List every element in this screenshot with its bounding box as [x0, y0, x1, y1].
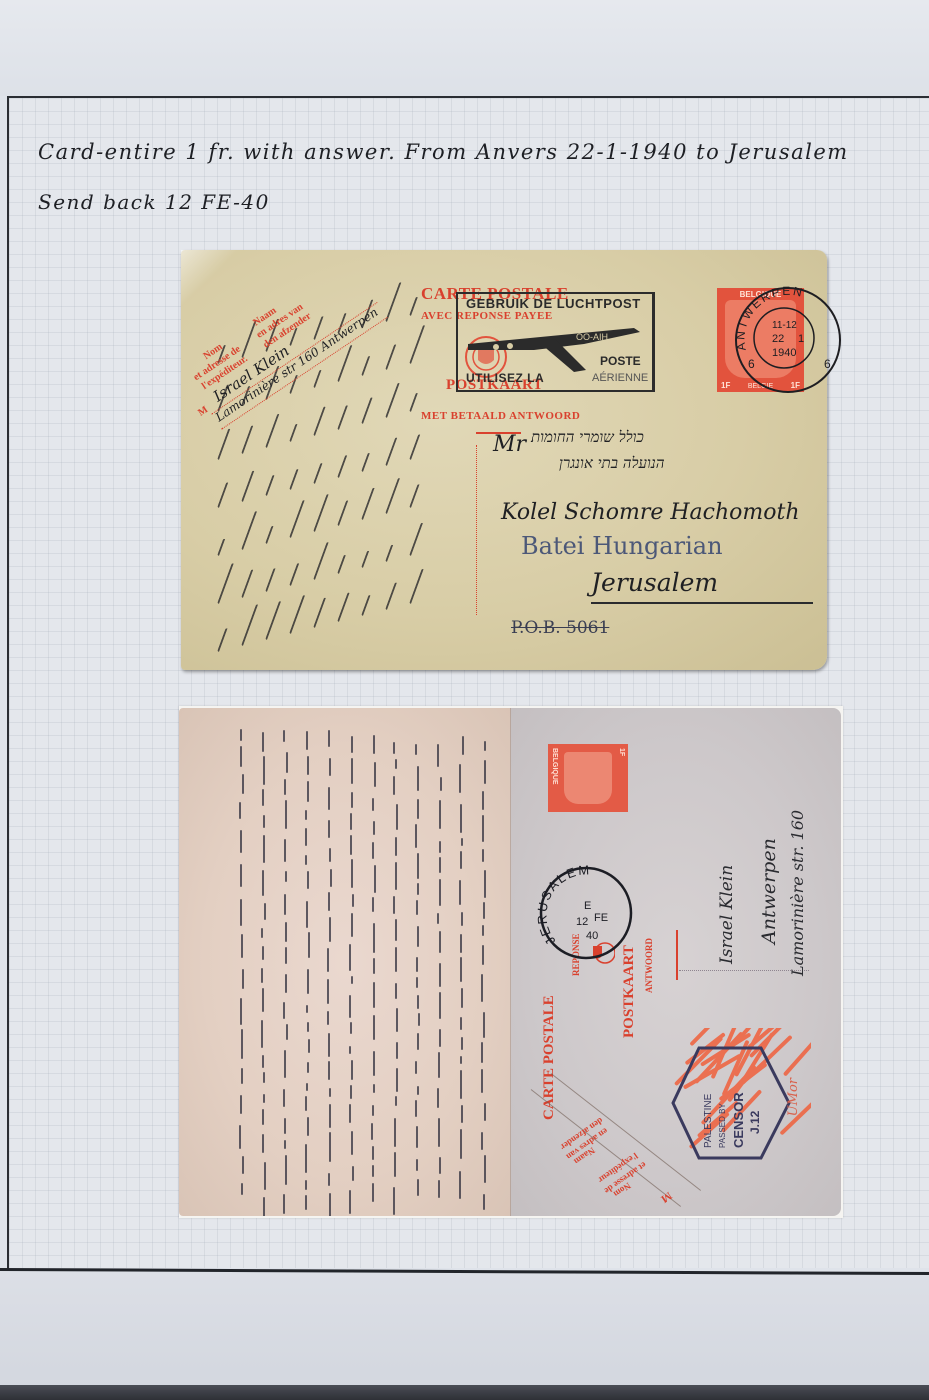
handwriting-stroke — [262, 870, 264, 896]
handwriting-stroke — [289, 423, 299, 442]
svg-text:PALESTINE: PALESTINE — [703, 1093, 714, 1148]
handwriting-stroke — [240, 746, 242, 767]
handwriting-stroke — [305, 810, 307, 820]
album-caption-line-1: Card-entire 1 fr. with answer. From Anve… — [38, 140, 849, 164]
handwriting-stroke — [373, 1084, 375, 1093]
handwriting-stroke — [409, 523, 425, 557]
handwriting-stroke — [241, 1068, 243, 1085]
handwriting-stroke — [352, 1166, 354, 1181]
handwriting-stroke — [262, 1109, 264, 1125]
handwriting-stroke — [372, 897, 374, 912]
handwriting-stroke — [417, 1033, 419, 1050]
handwriting-stroke — [373, 821, 375, 836]
handwriting-stroke — [241, 604, 260, 646]
handwriting-stroke — [481, 1069, 483, 1092]
handwriting-stroke — [396, 1008, 398, 1033]
handwriting-stroke — [415, 744, 417, 755]
handwriting-stroke — [416, 900, 418, 915]
handwriting-stroke — [439, 857, 441, 873]
handwriting-stroke — [283, 1002, 285, 1018]
handwriting-stroke — [460, 957, 462, 982]
handwriting-stroke — [462, 736, 464, 754]
handwriting-stroke — [241, 1183, 243, 1194]
handwriting-stroke — [484, 870, 486, 898]
address-line-batei: Batei Hungarian — [521, 532, 723, 560]
handwriting-stroke — [395, 759, 397, 769]
handwriting-stroke — [261, 968, 263, 983]
handwriting-stroke — [240, 1095, 242, 1114]
handwriting-stroke — [284, 839, 286, 863]
handwriting-stroke — [289, 563, 301, 587]
handwriting-stroke — [395, 947, 397, 972]
svg-text:22: 22 — [772, 333, 784, 345]
recipient-city: Antwerpen — [758, 744, 780, 944]
airmail-flag-cancel: GEBRUIK DE LUCHTPOST OO-AIH POSTE UTILIS… — [456, 292, 655, 392]
svg-text:1940: 1940 — [772, 347, 796, 359]
handwriting-stroke — [385, 544, 395, 562]
handwriting-stroke — [439, 1029, 441, 1046]
handwriting-stroke — [241, 470, 256, 503]
handwriting-stroke — [460, 1017, 462, 1030]
handwriting-stroke — [285, 974, 287, 994]
handwriting-stroke — [329, 1104, 331, 1127]
handwriting-stroke — [395, 919, 397, 941]
handwriting-stroke — [306, 901, 308, 928]
album-page-top-margin — [0, 0, 929, 96]
handwriting-stroke — [483, 1194, 485, 1210]
handwriting-stroke — [437, 1088, 439, 1108]
handwriting-stroke — [349, 944, 351, 971]
handwriting-stroke — [265, 475, 276, 497]
handwriting-stroke — [285, 871, 287, 882]
postal-card-reply-mount: BELGIQUE 1F CARTE POSTALE REPONSE POSTKA… — [179, 706, 843, 1218]
handwriting-stroke — [337, 500, 350, 527]
card-subtitle-nl: MET BETAALD ANTWOORD — [421, 410, 580, 422]
album-page-bottom-margin — [0, 1271, 929, 1387]
handwriting-stroke — [329, 1193, 331, 1216]
handwriting-stroke — [396, 1042, 398, 1059]
svg-text:FE: FE — [594, 912, 608, 924]
handwriting-stroke — [393, 896, 395, 915]
handwriting-stroke — [374, 762, 376, 787]
handwriting-stroke — [328, 787, 330, 810]
handwriting-stroke — [439, 963, 441, 987]
handwriting-stroke — [374, 865, 376, 893]
handwriting-stroke — [416, 957, 418, 973]
handwriting-stroke — [217, 428, 232, 461]
handwriting-stroke — [289, 595, 307, 635]
handwriting-stroke — [372, 1183, 374, 1202]
address-line-city: Jerusalem — [591, 568, 718, 597]
svg-text:OO-AIH: OO-AIH — [576, 332, 608, 342]
handwriting-stroke — [361, 594, 372, 616]
postal-card-outbound: Nom et adresse de l'expéditeur. Naam en … — [181, 250, 827, 670]
handwriting-stroke — [416, 1159, 418, 1171]
handwriting-stroke — [263, 1197, 265, 1216]
handwriting-stroke — [337, 455, 349, 479]
address-salutation: Mr — [493, 432, 526, 457]
handwriting-stroke — [484, 1103, 486, 1122]
handwriting-stroke — [306, 1005, 308, 1013]
handwriting-stroke — [438, 1052, 440, 1078]
handwriting-stroke — [351, 792, 353, 808]
handwriting-stroke — [459, 764, 461, 792]
lion-shield-icon — [564, 752, 612, 804]
handwriting-stroke — [265, 568, 277, 593]
svg-text:12: 12 — [576, 916, 588, 928]
address-hebrew-line-1: כולל שומרי החומות — [531, 428, 644, 447]
handwriting-stroke — [329, 1088, 331, 1096]
album-frame-top-line — [8, 96, 929, 98]
flag-cancel-aerienne: AÉRIENNE — [592, 372, 648, 384]
handwriting-stroke — [395, 862, 397, 890]
handwriting-stroke — [262, 789, 264, 806]
handwriting-stroke — [307, 756, 309, 775]
handwriting-stroke — [307, 781, 309, 802]
red-rule — [676, 930, 678, 980]
handwriting-stroke — [482, 815, 484, 842]
handwriting-stroke — [305, 1096, 307, 1111]
handwriting-stroke — [417, 766, 419, 792]
handwriting-stroke — [337, 555, 347, 575]
handwriting-stroke — [481, 1132, 483, 1149]
handwriting-stroke — [361, 550, 371, 568]
handwriting-stroke — [460, 851, 462, 869]
handwriting-stroke — [337, 405, 350, 431]
album-caption-line-2: Send back 12 FE-40 — [38, 190, 270, 214]
handwriting-stroke — [240, 899, 242, 926]
svg-text:6: 6 — [824, 357, 831, 371]
handwriting-stroke — [439, 800, 441, 829]
handwriting-stroke — [241, 934, 243, 957]
handwriting-stroke — [409, 393, 420, 413]
handwriting-stroke — [417, 883, 419, 895]
handwriting-stroke — [418, 1013, 420, 1026]
handwriting-stroke — [307, 871, 309, 889]
handwriting-stroke — [262, 732, 264, 752]
handwriting-stroke — [373, 735, 375, 754]
handwriting-stroke — [385, 382, 401, 418]
handwriting-stroke — [351, 1060, 353, 1080]
handwriting-stroke — [361, 356, 372, 377]
handwriting-stroke — [372, 1165, 374, 1176]
handwriting-stroke — [241, 425, 255, 455]
handwriting-stroke — [438, 1118, 440, 1146]
handwriting-stroke — [330, 869, 332, 887]
handwriting-stroke — [393, 742, 395, 754]
handwriting-stroke — [439, 879, 441, 906]
handwriting-stroke — [409, 325, 427, 365]
handwriting-stroke — [285, 1155, 287, 1185]
handwriting-stroke — [483, 1012, 485, 1038]
handwriting-stroke — [286, 752, 288, 773]
handwriting-stroke — [283, 1089, 285, 1107]
handwriting-stroke — [372, 798, 374, 811]
handwriting-stroke — [313, 406, 327, 436]
handwriting-stroke — [242, 774, 244, 794]
handwriting-stroke — [417, 853, 419, 879]
handwriting-stroke — [328, 1173, 330, 1186]
handwriting-stroke — [461, 1037, 463, 1051]
flag-cancel-top-text: GEBRUIK DE LUCHTPOST — [466, 296, 641, 311]
handwriting-stroke — [361, 452, 372, 472]
antwerpen-postmark: ANTWERPEN 11-12 22 1 1940 6 6 — [728, 280, 848, 400]
recipient-name: Israel Klein — [717, 734, 737, 964]
handwriting-stroke — [461, 912, 463, 926]
handwriting-stroke — [305, 1144, 307, 1173]
handwriting-stroke — [461, 988, 463, 1008]
handwriting-stroke — [372, 1105, 374, 1116]
handwriting-stroke — [393, 1187, 395, 1215]
handwriting-stroke — [396, 1068, 398, 1092]
handwriting-stroke — [313, 542, 330, 581]
svg-text:6: 6 — [748, 357, 755, 371]
handwriting-stroke — [437, 913, 439, 924]
handwriting-stroke — [394, 1118, 396, 1148]
handwriting-stroke — [217, 628, 229, 653]
handwriting-stroke — [417, 926, 419, 946]
handwriting-stroke — [396, 804, 398, 830]
svg-text:PASSED BY: PASSED BY — [718, 1103, 727, 1148]
handwriting-stroke — [439, 992, 441, 1019]
handwriting-stroke — [285, 947, 287, 964]
handwriting-stroke — [305, 1195, 307, 1210]
handwriting-stroke — [409, 434, 422, 461]
handwriting-stroke — [328, 730, 330, 747]
handwriting-stroke — [371, 1123, 373, 1139]
handwriting-stroke — [329, 1132, 331, 1161]
handwriting-stroke — [240, 729, 242, 741]
handwriting-stroke — [240, 864, 242, 887]
handwriting-stroke — [361, 397, 375, 425]
handwriting-stroke — [241, 1029, 243, 1058]
svg-text:1: 1 — [798, 333, 804, 345]
handwriting-stroke — [416, 1126, 418, 1148]
handwriting-stroke — [217, 482, 230, 509]
address-dotted-guide — [476, 445, 478, 615]
handwriting-stroke — [305, 828, 307, 846]
handwriting-stroke — [395, 1096, 397, 1106]
handwriting-stroke — [308, 932, 310, 959]
handwriting-stroke — [460, 934, 462, 953]
handwriting-stroke — [261, 928, 263, 938]
handwriting-stroke — [241, 569, 255, 598]
svg-text:J.12: J.12 — [748, 1110, 762, 1134]
card-subtitle-nl: ANTWOORD — [644, 918, 654, 993]
handwriting-stroke — [415, 824, 417, 848]
handwriting-stroke — [265, 526, 275, 545]
handwriting-stroke — [409, 296, 420, 316]
handwriting-stroke — [305, 1180, 307, 1190]
svg-text:11-12: 11-12 — [772, 320, 797, 331]
address-hebrew-line-2: הנועלה בתי אונגרן — [559, 454, 665, 473]
handwriting-stroke — [484, 741, 486, 750]
handwriting-stroke — [264, 903, 266, 920]
svg-text:E: E — [584, 900, 591, 912]
handwriting-stroke — [349, 1046, 351, 1054]
handwriting-stroke — [349, 995, 351, 1017]
handwriting-stroke — [307, 969, 309, 994]
page-shadow-edge — [0, 1385, 929, 1400]
handwriting-stroke — [482, 945, 484, 964]
handwriting-stroke — [361, 487, 376, 521]
handwriting-stroke — [440, 777, 442, 791]
handwriting-stroke — [284, 779, 286, 795]
handwriting-stroke — [240, 998, 242, 1024]
handwriting-stroke — [461, 1105, 463, 1123]
handwriting-stroke — [351, 736, 353, 752]
imprinted-stamp-1f: BELGIQUE 1F — [548, 744, 628, 812]
handwriting-stroke — [409, 484, 421, 509]
handwriting-stroke — [461, 838, 463, 846]
handwriting-stroke — [460, 1070, 462, 1099]
handwriting-stroke — [261, 1020, 263, 1048]
svg-text:CENSOR: CENSOR — [731, 1092, 746, 1148]
handwriting-stroke — [284, 1140, 286, 1149]
handwriting-stroke — [262, 946, 264, 960]
handwriting-stroke — [264, 1162, 266, 1190]
handwriting-stroke — [242, 1156, 244, 1174]
handwriting-stroke — [350, 1022, 352, 1034]
handwriting-stroke — [284, 894, 286, 915]
handwriting-stroke — [337, 345, 354, 383]
handwriting-stroke — [285, 922, 287, 942]
handwriting-stroke — [482, 791, 484, 810]
handwriting-stroke — [352, 894, 354, 907]
handwriting-stroke — [328, 892, 330, 911]
handwriting-stroke — [284, 1118, 286, 1134]
handwriting-stroke — [409, 569, 425, 605]
handwriting-stroke — [329, 758, 331, 776]
handwriting-stroke — [337, 592, 351, 622]
handwriting-stroke — [313, 463, 324, 485]
svg-text:ANTWERPEN: ANTWERPEN — [733, 284, 805, 352]
handwriting-stroke — [241, 511, 259, 551]
handwriting-stroke — [284, 1050, 286, 1078]
handwriting-stroke — [313, 597, 328, 628]
handwriting-stroke — [305, 855, 307, 865]
handwriting-stroke — [394, 1152, 396, 1177]
handwriting-stroke — [327, 948, 329, 972]
handwriting-stroke — [481, 974, 483, 1003]
handwriting-stroke — [385, 437, 399, 466]
handwriting-stroke — [439, 931, 441, 953]
handwriting-stroke — [385, 478, 402, 515]
handwriting-stroke — [306, 1083, 308, 1091]
handwriting-stroke — [350, 813, 352, 831]
handwriting-stroke — [438, 1180, 440, 1198]
card-fold-line — [510, 708, 511, 1216]
handwriting-stroke — [483, 902, 485, 919]
handwriting-stroke — [351, 913, 353, 937]
handwriting-stroke — [307, 1117, 309, 1136]
handwriting-stroke — [289, 468, 300, 490]
handwriting-stroke — [265, 413, 281, 449]
handwriting-stroke — [393, 776, 395, 795]
handwriting-stroke — [350, 835, 352, 854]
handwriting-stroke — [285, 800, 287, 828]
flag-cancel-poste: POSTE — [600, 354, 641, 368]
handwriting-stroke — [481, 1042, 483, 1063]
handwriting-stroke — [328, 820, 330, 838]
handwriting-stroke — [239, 802, 241, 819]
handwriting-stroke — [372, 1146, 374, 1160]
handwriting-stroke — [263, 1072, 265, 1083]
handwriting-stroke — [328, 1033, 330, 1057]
handwriting-stroke — [349, 1104, 351, 1123]
handwriting-stroke — [240, 830, 242, 853]
handwriting-stroke — [329, 848, 331, 862]
handwriting-stroke — [417, 1086, 419, 1096]
handwriting-stroke — [416, 977, 418, 988]
address-pob-crossed-out: P.O.B. 5061 — [511, 618, 609, 638]
handwriting-stroke — [351, 859, 353, 889]
handwriting-stroke — [242, 969, 244, 989]
handwriting-stroke — [265, 601, 283, 641]
handwriting-stroke — [417, 799, 419, 819]
handwriting-stroke — [263, 756, 265, 785]
handwriting-stroke — [307, 1022, 309, 1031]
handwriting-stroke — [327, 979, 329, 1004]
handwriting-stroke — [328, 1061, 330, 1080]
handwriting-stroke — [437, 744, 439, 767]
handwriting-stroke — [351, 976, 353, 984]
handwriting-stroke — [308, 1039, 310, 1054]
handwriting-stroke — [283, 1194, 285, 1214]
handwriting-stroke — [372, 842, 374, 859]
handwriting-stroke — [482, 849, 484, 861]
handwriting-stroke — [373, 982, 375, 1008]
album-frame-left-line — [7, 96, 9, 1271]
handwriting-stroke — [351, 1131, 353, 1155]
handwritten-message-lines — [179, 708, 511, 1216]
handwriting-stroke — [262, 988, 264, 1012]
handwriting-stroke — [460, 1129, 462, 1159]
handwriting-stroke — [439, 841, 441, 853]
handwriting-stroke — [263, 835, 265, 863]
handwriting-stroke — [460, 804, 462, 833]
reply-card-address-side: BELGIQUE 1F CARTE POSTALE REPONSE POSTKA… — [511, 708, 841, 1216]
handwriting-stroke — [351, 758, 353, 784]
handwriting-stroke — [373, 1051, 375, 1075]
handwriting-stroke — [385, 582, 399, 610]
stamp-value: 1F — [618, 748, 625, 756]
handwriting-stroke — [439, 1157, 441, 1174]
reply-card-message-side — [179, 708, 511, 1216]
handwriting-stroke — [459, 1171, 461, 1199]
handwriting-stroke — [484, 1155, 486, 1183]
recipient-street: Lamorinière str. 160 — [788, 736, 807, 976]
handwriting-stroke — [262, 1055, 264, 1068]
handwriting-stroke — [373, 1015, 375, 1041]
handwriting-stroke — [484, 760, 486, 784]
handwriting-stroke — [415, 1100, 417, 1117]
handwriting-stroke — [306, 731, 308, 750]
handwriting-stroke — [307, 1062, 309, 1073]
handwriting-stroke — [349, 1190, 351, 1213]
handwriting-stroke — [313, 369, 323, 389]
handwriting-stroke — [373, 923, 375, 953]
handwriting-stroke — [459, 880, 461, 905]
handwriting-stroke — [239, 1125, 241, 1149]
address-underline — [591, 602, 813, 604]
handwriting-stroke — [417, 1179, 419, 1196]
jerusalem-postmark: JERUSALEM E 12 FE 40 — [536, 863, 636, 963]
handwriting-stroke — [395, 983, 397, 999]
stamp-country: BELGIQUE — [551, 748, 558, 785]
censor-initials: UMor — [786, 1078, 801, 1116]
handwriting-stroke — [395, 837, 397, 856]
